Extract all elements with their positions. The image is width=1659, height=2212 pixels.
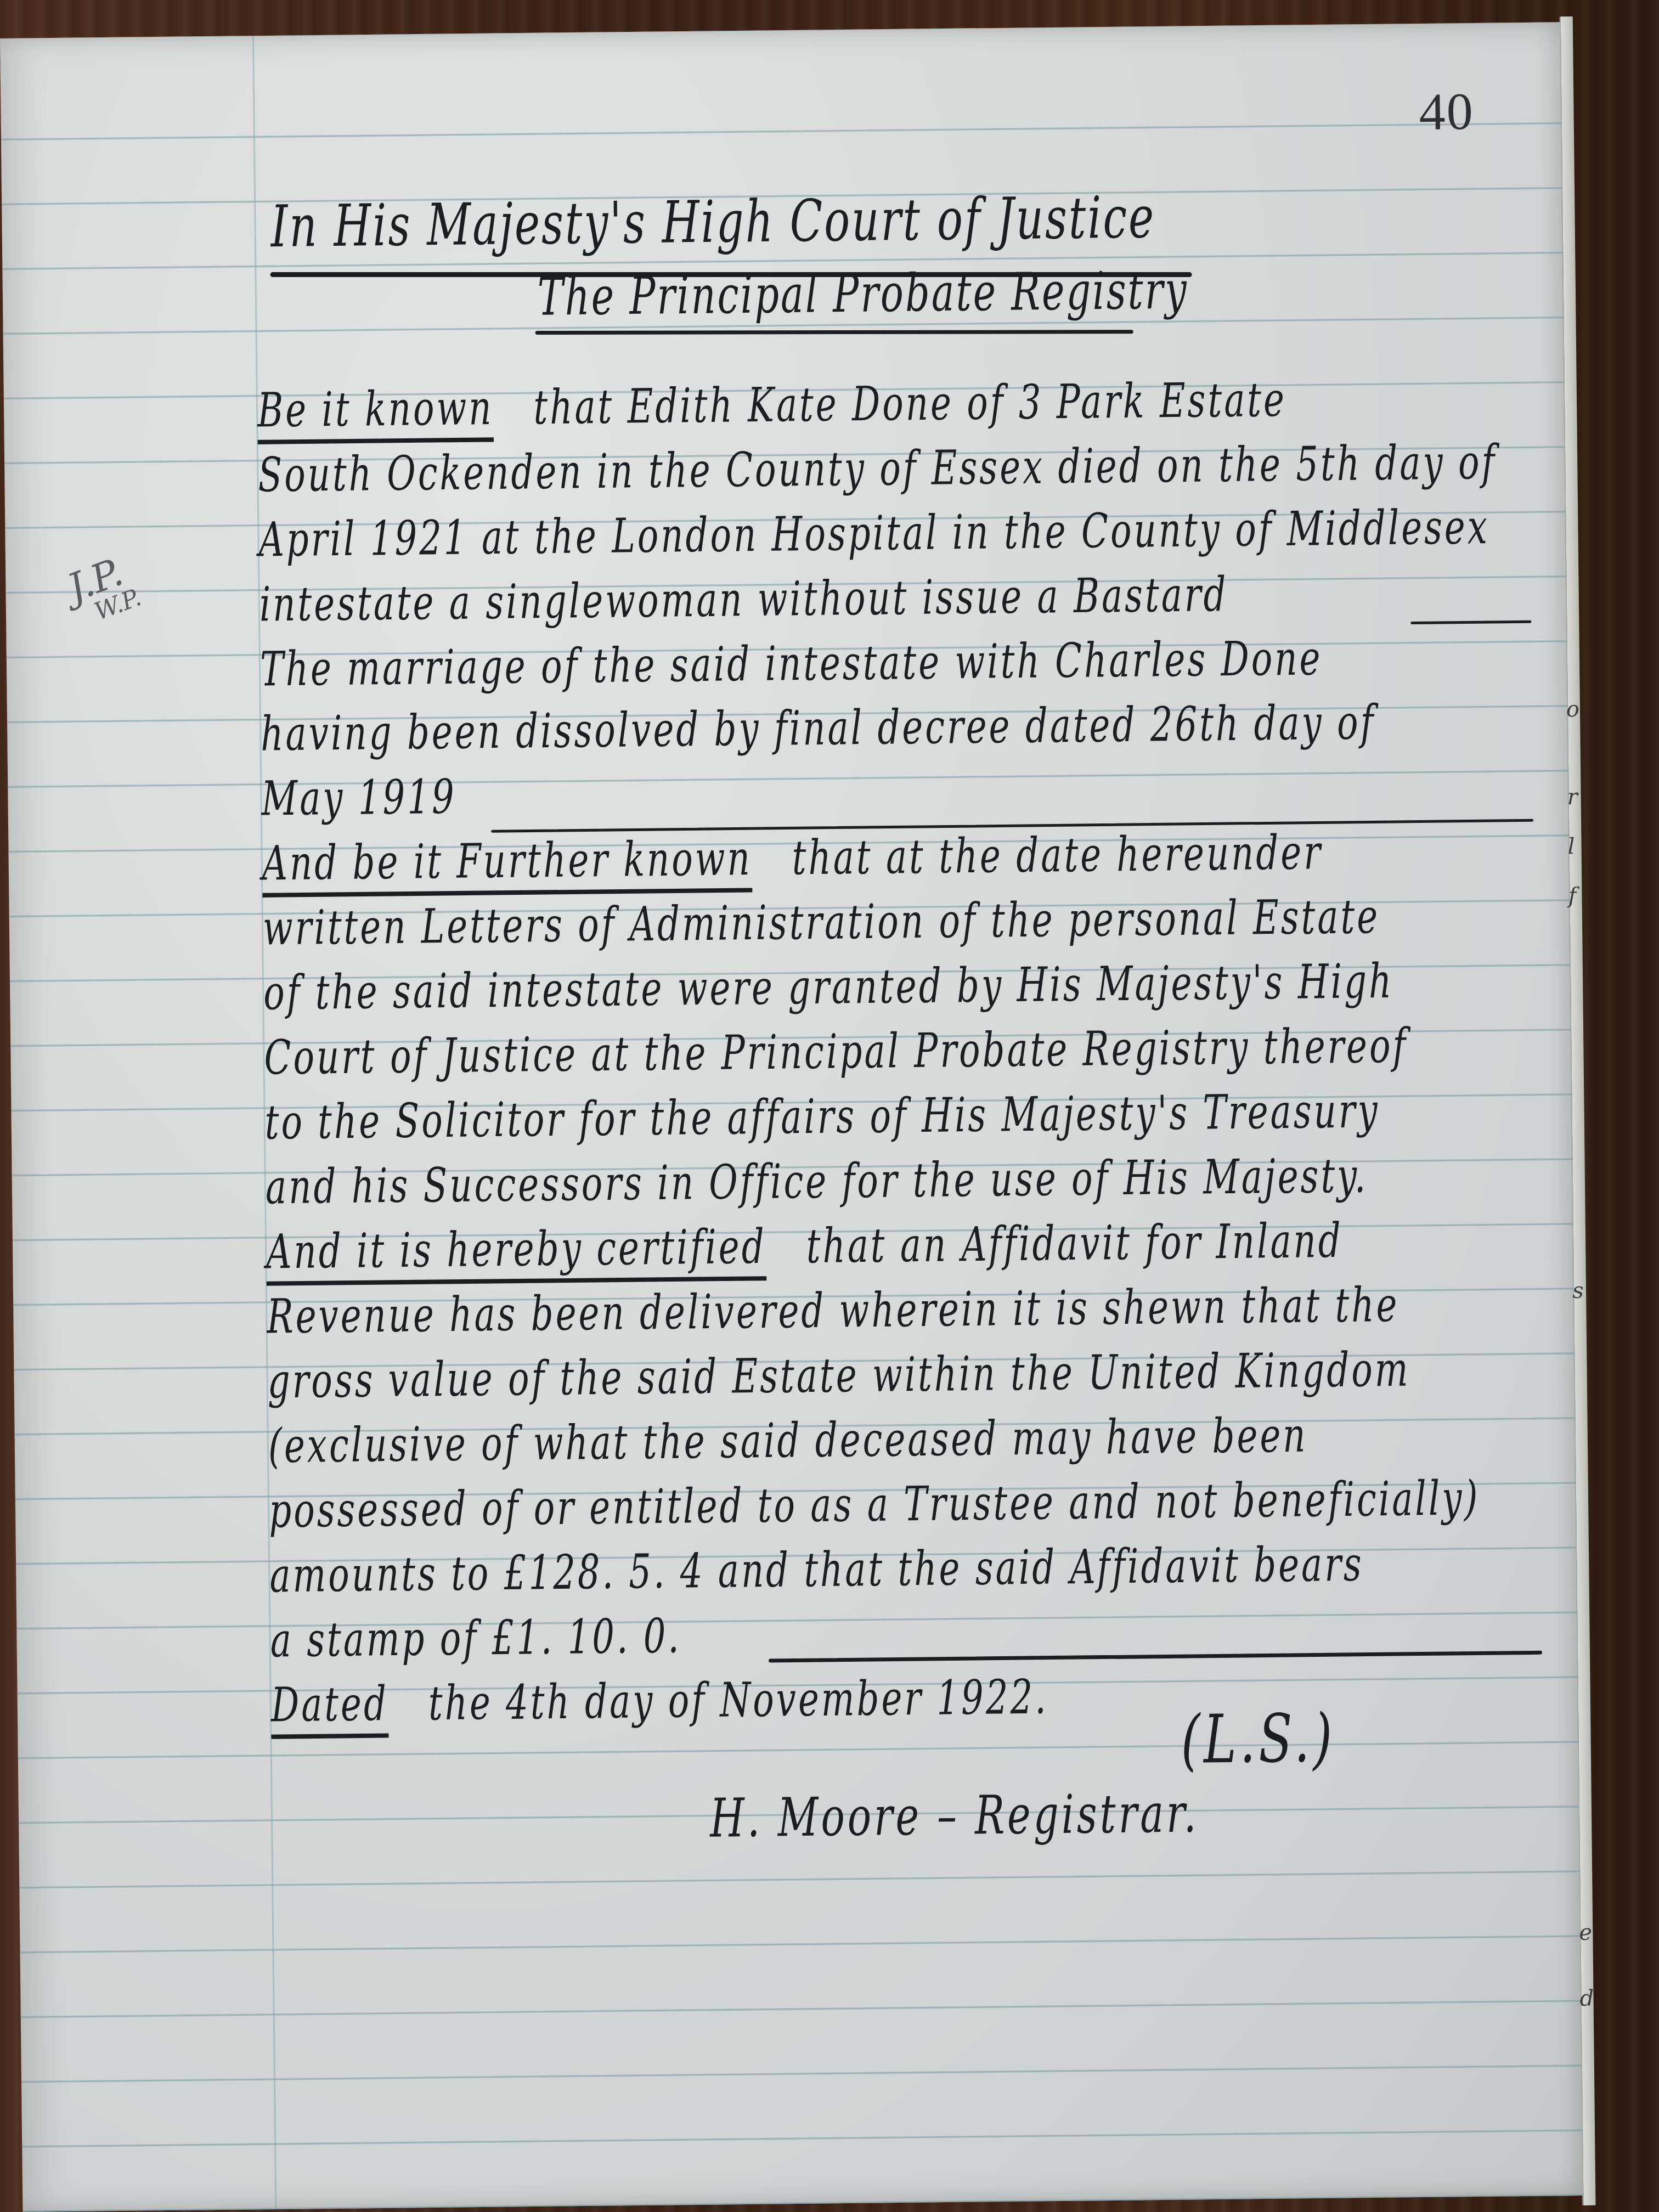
lead-further-known: And be it Further known [262, 832, 752, 891]
edge-mark: f [1568, 883, 1576, 909]
signature-name: H. Moore [709, 1785, 922, 1849]
edge-mark: r [1567, 785, 1578, 810]
edge-mark: e [1579, 1920, 1592, 1945]
edge-mark: l [1567, 834, 1575, 859]
body-line: amounts to £128. 5. 4 and that the said … [269, 1537, 1364, 1604]
body-line: The marriage of the said intestate with … [260, 631, 1323, 697]
dated-text: the 4th day of November 1922. [428, 1670, 1048, 1731]
body-line: And be it Further known that at the date… [262, 826, 1323, 891]
body-line: and his Successors in Office for the use… [265, 1149, 1368, 1215]
body-line: Be it known that Edith Kate Done of 3 Pa… [257, 373, 1287, 439]
ledger-page: 40 J.P. W.P. In His Majesty's High Court… [0, 22, 1583, 2212]
body-line: a stamp of £1. 10. 0. [270, 1609, 681, 1668]
court-title: In His Majesty's High Court of Justice [270, 184, 1156, 260]
seal-mark: (L.S.) [1181, 1700, 1336, 1779]
body-line: (exclusive of what the said deceased may… [268, 1408, 1308, 1474]
lead-dated: Dated [270, 1677, 388, 1733]
lead-hereby-certified: And it is hereby certified [266, 1220, 766, 1280]
edge-mark: s [1572, 1278, 1584, 1304]
page-number: 40 [1419, 81, 1474, 142]
edge-mark: d [1579, 1986, 1594, 2011]
body-line: having been dissolved by final decree da… [261, 696, 1376, 762]
line-text: that at the date hereunder [792, 826, 1323, 886]
body-line: intestate a singlewoman without issue a … [259, 568, 1228, 633]
line-text: that an Affidavit for Inland [806, 1214, 1343, 1274]
body-line: And it is hereby certified that an Affid… [266, 1214, 1344, 1280]
registrar-signature: H. Moore – Registrar. [709, 1782, 1199, 1849]
body-line: written Letters of Administration of the… [263, 890, 1380, 956]
edge-mark: o [1566, 697, 1580, 722]
dated-line: Dated the 4th day of November 1922. [270, 1670, 1048, 1733]
signature-title: Registrar. [974, 1782, 1199, 1847]
line-text: that Edith Kate Done of 3 Park Estate [533, 373, 1286, 436]
body-line: May 1919 [261, 770, 456, 827]
body-line: to the Solicitor for the affairs of His … [264, 1084, 1380, 1150]
lead-be-it-known: Be it known [257, 381, 494, 438]
registry-title: The Principal Probate Registry [537, 260, 1188, 328]
